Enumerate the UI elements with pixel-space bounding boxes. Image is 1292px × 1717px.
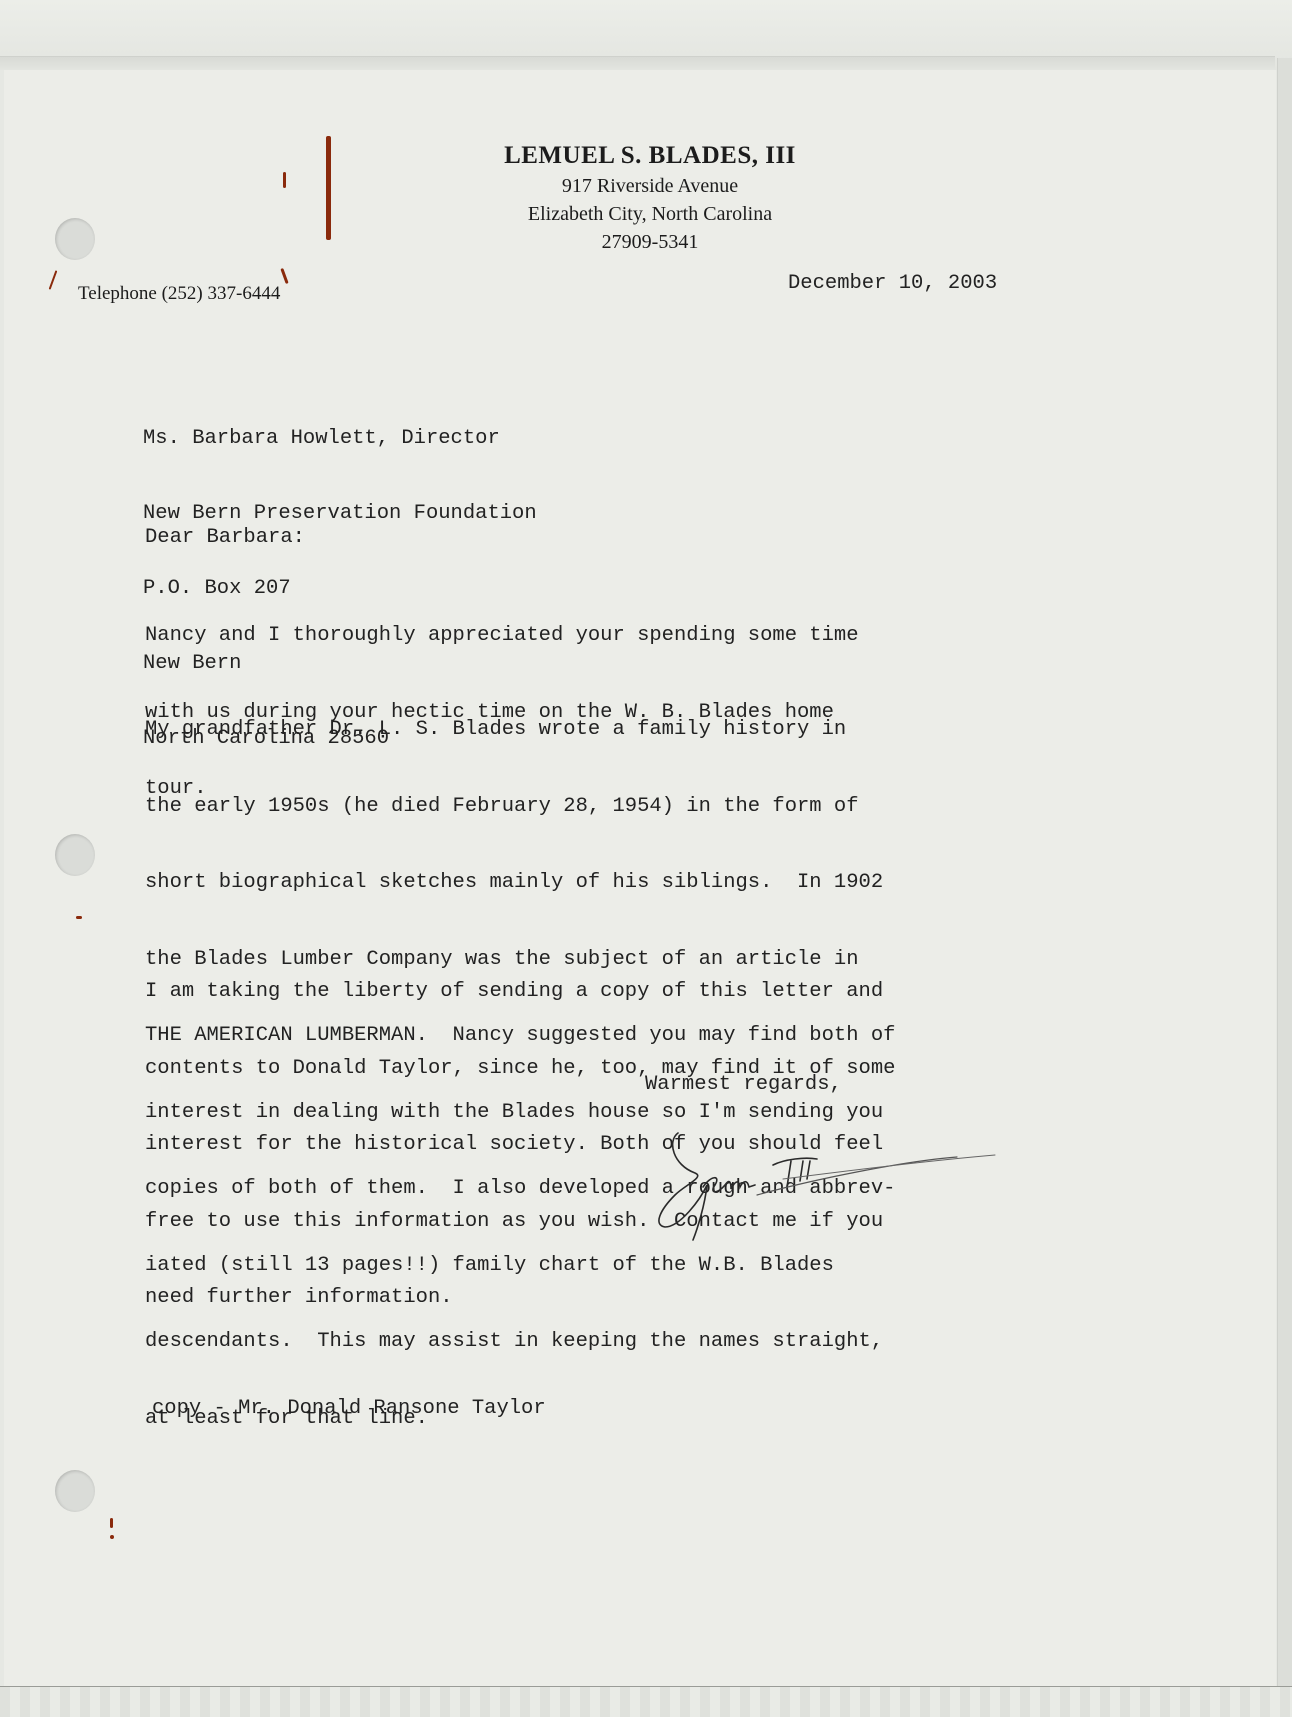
body-line: short biographical sketches mainly of hi… — [145, 870, 895, 896]
letter-date: December 10, 2003 — [788, 272, 997, 295]
hole-punch-icon — [55, 834, 95, 876]
closing: Warmest regards, — [645, 1073, 842, 1096]
plastic-sleeve-right — [1277, 58, 1292, 1698]
carbon-copy-line: copy - Mr. Donald Ransone Taylor — [152, 1397, 546, 1420]
recipient-line: Ms. Barbara Howlett, Director — [143, 426, 537, 451]
body-line: need further information. — [145, 1285, 895, 1311]
body-line: I am taking the liberty of sending a cop… — [145, 979, 895, 1005]
signature-icon — [645, 1115, 1005, 1245]
rust-stain — [110, 1535, 114, 1539]
sender-zip: 27909-5341 — [440, 228, 860, 256]
rust-stain — [76, 916, 82, 919]
plastic-sleeve-bottom — [0, 1686, 1292, 1717]
sleeve-edge — [0, 56, 1275, 69]
body-line: Nancy and I thoroughly appreciated your … — [145, 623, 859, 649]
sender-telephone: Telephone (252) 337-6444 — [78, 283, 280, 305]
sender-street: 917 Riverside Avenue — [440, 172, 860, 200]
letterhead: LEMUEL S. BLADES, III 917 Riverside Aven… — [440, 140, 860, 256]
hole-punch-icon — [55, 1470, 95, 1512]
hole-punch-icon — [55, 218, 95, 260]
sender-city-state: Elizabeth City, North Carolina — [440, 200, 860, 228]
sender-name: LEMUEL S. BLADES, III — [440, 140, 860, 172]
salutation: Dear Barbara: — [145, 526, 305, 549]
rust-stain — [110, 1518, 113, 1528]
rust-stain — [283, 172, 286, 188]
rust-stain — [326, 136, 331, 240]
body-line: the early 1950s (he died February 28, 19… — [145, 794, 895, 820]
recipient-line: New Bern Preservation Foundation — [143, 501, 537, 526]
body-line: My grandfather Dr. L. S. Blades wrote a … — [145, 717, 895, 743]
